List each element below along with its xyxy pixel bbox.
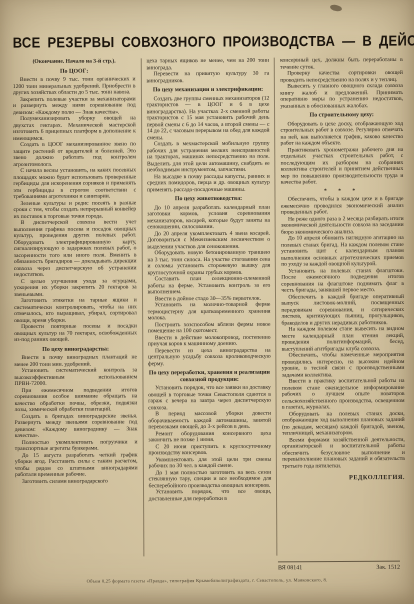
- paragraph: Создать в бригадах виноградарские звенья…: [15, 413, 138, 440]
- newspaper-scan: { "paper_color": "#d5c6a3", "ink_color":…: [0, 0, 414, 604]
- paragraph: Создать две группы сменных механизаторов…: [147, 95, 270, 141]
- paragraph: Заготовить этикетки на тарные ящики и си…: [14, 297, 137, 324]
- paragraph: Ремонт оборудования консервного цеха зак…: [148, 430, 271, 444]
- paragraph: До 15 августа разработать четкий график …: [15, 452, 138, 479]
- paragraph-continued: консервный цех, должны быть переработаны…: [280, 57, 403, 71]
- print-codes: ВЯ 08141 Зак. 1512: [278, 560, 400, 570]
- paragraph: Построить хозспособом вблизи фермы новое…: [148, 321, 271, 335]
- paragraph: Всеми формами хозяйственной деятельности…: [282, 436, 405, 469]
- paragraph-continued: цеха тарных ящиков не менее, чем на 200 …: [146, 58, 269, 72]
- editorial-signature: РЕДКОЛЛЕГИЯ.: [282, 475, 405, 482]
- paragraph: Внести в почву 9 тыс. тонн органических …: [13, 76, 136, 96]
- paragraph: Оборудовать новую бетонированную траншею…: [147, 250, 270, 277]
- paragraph: С начала весны установить, на каких посе…: [13, 167, 136, 200]
- page-headline: ВСЕ РЕЗЕРВЫ СОВХОЗНОГО ПРОИЗВОДСТВА — В …: [13, 32, 403, 51]
- section-heading: По цеху механизации и электрификации:: [147, 87, 270, 94]
- paragraph: В период массовой уборки довести оборачи…: [148, 411, 271, 431]
- paragraph: Составить план селекционно-племенной раб…: [148, 276, 271, 296]
- newspaper-sheet: ВСЕ РЕЗЕРВЫ СОВХОЗНОГО ПРОИЗВОДСТВА — В …: [13, 33, 406, 557]
- paragraph: До 20 апреля укомплектовать 4 звена коса…: [147, 230, 270, 250]
- section-heading: По цеху животноводства:: [147, 196, 270, 203]
- paragraph: Создать в ЦООГ механизированное звено по…: [13, 141, 136, 168]
- section-heading: По цеху виноградарства:: [14, 346, 137, 353]
- paragraph: Внести в почву виноградных плантаций не …: [14, 354, 137, 368]
- column-left: (Окончание. Начало на 3-й стр.).По ЦООГ:…: [13, 58, 143, 557]
- paragraph: Оборудовать в цехе доску, отображающую х…: [280, 120, 403, 147]
- paragraph: Полностью укомплектовать погрузчики и тр…: [15, 439, 138, 453]
- paragraph: Установить порядок, что все овощи, доста…: [149, 489, 272, 503]
- ink-speck: [330, 4, 343, 12]
- article-columns: (Окончание. Начало на 3-й стр.).По ЦООГ:…: [13, 57, 406, 557]
- paragraph: Установить систематический контроль за в…: [14, 367, 137, 387]
- censor-code: ВЯ 08141: [278, 564, 302, 570]
- paragraph: Вывесить у главного овощного склада совх…: [280, 83, 403, 110]
- paragraph: Укомплектовать для этой цели три смены р…: [149, 456, 272, 470]
- paragraph: Обеспечить в каждой бригаде оперативный …: [281, 293, 404, 326]
- paragraph: Ввести в действие молокопровод, постепен…: [148, 334, 271, 348]
- paragraph: Не реже одного раза в 2 месяца разбирать…: [281, 215, 404, 235]
- paragraph: Обеспечить, чтобы в каждом цехе и в бриг…: [281, 196, 404, 216]
- paragraph: Практиковать хронометражи рабочего дня н…: [281, 146, 404, 186]
- paragraph: Закрепить полевые участки за механизатор…: [13, 96, 136, 116]
- section-heading: По цеху переработки, хранения и реализац…: [148, 370, 271, 384]
- paragraph: Проверку качества сортировки овощей пров…: [280, 70, 403, 84]
- paragraph: Оборудовать на полевых станах доски, ото…: [282, 410, 405, 437]
- continuation-note: (Окончание. Начало на 3-й стр.).: [13, 58, 136, 65]
- paragraph: Зеленые культуры и редис посеять в разны…: [14, 200, 137, 220]
- paragraph: До 10 апреля разработать календарный пла…: [147, 204, 270, 231]
- paragraph: На высадке в почву рассады капусты, ранн…: [147, 173, 270, 193]
- paragraph: В диспетчерской совхоза вести учет выпол…: [14, 219, 137, 278]
- paragraph: До 10 апреля обновить наглядную агитацию…: [281, 235, 404, 268]
- paragraph: При ежемесячном подведении итогов соревн…: [14, 387, 137, 414]
- paragraph: Установить на молочно-товарной ферме тер…: [148, 302, 271, 322]
- paragraph: Установить порядок, что все заявки на до…: [148, 385, 271, 412]
- paragraph: Установить на полевых станах флагштоки. …: [281, 267, 404, 294]
- paragraph: Перевести из цеха виноградарства на цент…: [148, 347, 271, 367]
- paragraph: На каждом полевом стане вывесить на видн…: [282, 326, 405, 353]
- paragraph: Перевести на привитую культуру 30 га вин…: [146, 71, 269, 85]
- section-separator: * * *: [281, 187, 404, 194]
- order-number: Зак. 1512: [376, 564, 400, 570]
- paragraph: Заготовить силами виноградарского: [15, 478, 138, 485]
- section-heading: По ЦООГ:: [13, 68, 136, 75]
- section-heading: По строительному цеху:: [280, 112, 403, 119]
- imprint-line: Объем 0,25 формата газеты «Правда», типо…: [0, 577, 414, 584]
- paragraph: Ввести в практику воспитательной работы …: [282, 378, 405, 411]
- paragraph: Провести повторные посевы и посадки овощ…: [14, 323, 137, 343]
- paragraph: Создать в мехмастерской мобильную группу…: [147, 141, 270, 174]
- paragraph: Обеспечить, чтобы намеченные мероприятия…: [282, 352, 405, 379]
- paragraph: Полумеханизировать уборку овощей на двух…: [13, 115, 136, 142]
- paragraph: С целью улучшения ухода за огурцами, уск…: [14, 278, 137, 298]
- paragraph: С 20 июня приступить к круглосуточному п…: [148, 443, 271, 457]
- column-right: консервный цех, должны быть переработаны…: [274, 57, 405, 556]
- column-middle: цеха тарных ящиков не менее, чем на 200 …: [140, 58, 276, 557]
- paragraph: До 1 мая полностью заготовить на весь се…: [149, 469, 272, 489]
